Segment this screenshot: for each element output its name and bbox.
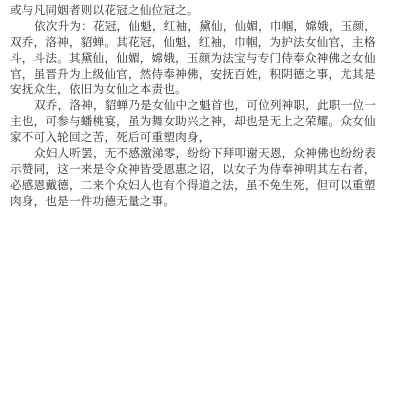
paragraph: 众妇人听罢，无不感激涕零，纷纷下拜叩谢天恩，众神佛也纷纷表 示赞同，这一来是令众… xyxy=(10,146,388,210)
text-line: 或与凡同姻者则以花冠之仙位冠之。 xyxy=(10,3,388,19)
document-page: 或与凡同姻者则以花冠之仙位冠之。 依次升为：花冠，仙魁，红袖，黛仙，仙媚，巾帼，… xyxy=(10,3,388,210)
text-line: 主也，可参与蟠桃宴，虽为舞女助兴之神，却也是无上之荣耀。众女仙 xyxy=(10,114,388,130)
paragraph: 或与凡同姻者则以花冠之仙位冠之。 xyxy=(10,3,388,19)
text-line: 双乔，洛神，貂蝉乃是女仙中之魁首也，可位列神职，此职一位一 xyxy=(10,98,388,114)
text-line: 肉身，也是一件功德无量之事。 xyxy=(10,194,388,210)
text-line: 家不可入轮回之苦，死后可重塑肉身， xyxy=(10,130,388,146)
text-line: 双乔，洛神，貂蝉。其花冠，仙魁，红袖，巾帼，为护法女仙官，主格 xyxy=(10,35,388,51)
text-line: 示赞同，这一来是令众神皆受恩惠之诏，以女子为侍奉神明其左右者， xyxy=(10,162,388,178)
paragraph: 双乔，洛神，貂蝉乃是女仙中之魁首也，可位列神职，此职一位一 主也，可参与蟠桃宴，… xyxy=(10,98,388,146)
text-line: 安抚众生，依旧为女仙之本责也。 xyxy=(10,82,388,98)
text-line: 众妇人听罢，无不感激涕零，纷纷下拜叩谢天恩，众神佛也纷纷表 xyxy=(10,146,388,162)
paragraph: 依次升为：花冠，仙魁，红袖，黛仙，仙媚，巾帼，嫦娥，玉颜， 双乔，洛神，貂蝉。其… xyxy=(10,19,388,98)
text-line: 斗，斗法。其黛仙，仙媚，嫦娥，玉颜为法宝与专门侍奉众神佛之女仙 xyxy=(10,51,388,67)
text-line: 必感恩戴德，二来个众妇人也有个得道之法，虽不免生死，但可以重塑 xyxy=(10,178,388,194)
text-line: 官，虽晋升为上级仙官，然侍奉神佛，安抚百姓，积阴德之事，尤其是 xyxy=(10,67,388,83)
text-line: 依次升为：花冠，仙魁，红袖，黛仙，仙媚，巾帼，嫦娥，玉颜， xyxy=(10,19,388,35)
